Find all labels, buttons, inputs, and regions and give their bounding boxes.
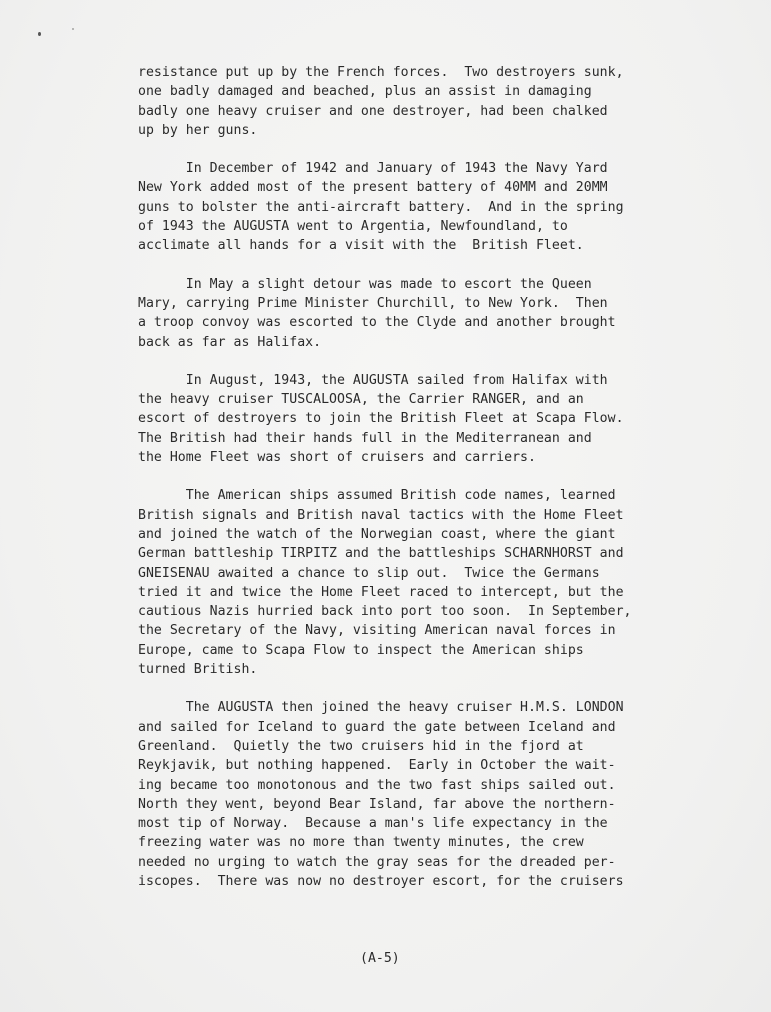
paper-speck <box>38 32 41 36</box>
text-line: up by her guns. <box>138 121 638 140</box>
text-line: Greenland. Quietly the two cruisers hid … <box>138 737 638 756</box>
paragraph-may-detour: In May a slight detour was made to escor… <box>138 275 638 352</box>
text-line: North they went, beyond Bear Island, far… <box>138 795 638 814</box>
paragraph-august-1943: In August, 1943, the AUGUSTA sailed from… <box>138 371 638 467</box>
text-line: In May a slight detour was made to escor… <box>138 275 638 294</box>
text-line: freezing water was no more than twenty m… <box>138 833 638 852</box>
text-line: ing became too monotonous and the two fa… <box>138 776 638 795</box>
text-line: the Home Fleet was short of cruisers and… <box>138 448 638 467</box>
text-line: turned British. <box>138 660 638 679</box>
text-line: In August, 1943, the AUGUSTA sailed from… <box>138 371 638 390</box>
text-line: the Secretary of the Navy, visiting Amer… <box>138 621 638 640</box>
body-text: resistance put up by the French forces. … <box>138 63 638 910</box>
text-line: tried it and twice the Home Fleet raced … <box>138 583 638 602</box>
text-line: back as far as Halifax. <box>138 333 638 352</box>
text-line: cautious Nazis hurried back into port to… <box>138 602 638 621</box>
page-number: (A-5) <box>360 950 400 968</box>
text-line: Europe, came to Scapa Flow to inspect th… <box>138 641 638 660</box>
text-line: guns to bolster the anti-aircraft batter… <box>138 198 638 217</box>
text-line: British signals and British naval tactic… <box>138 506 638 525</box>
paragraph-december-1942: In December of 1942 and January of 1943 … <box>138 159 638 255</box>
text-line: and joined the watch of the Norwegian co… <box>138 525 638 544</box>
text-line: New York added most of the present batte… <box>138 178 638 197</box>
text-line: German battleship TIRPITZ and the battle… <box>138 544 638 563</box>
text-line: escort of destroyers to join the British… <box>138 409 638 428</box>
text-line: acclimate all hands for a visit with the… <box>138 236 638 255</box>
text-line: badly one heavy cruiser and one destroye… <box>138 102 638 121</box>
text-line: needed no urging to watch the gray seas … <box>138 853 638 872</box>
paragraph-american-ships: The American ships assumed British code … <box>138 486 638 679</box>
text-line: The British had their hands full in the … <box>138 429 638 448</box>
text-line: a troop convoy was escorted to the Clyde… <box>138 313 638 332</box>
document-page: resistance put up by the French forces. … <box>0 0 771 1012</box>
paper-speck <box>72 28 74 30</box>
text-line: Reykjavik, but nothing happened. Early i… <box>138 756 638 775</box>
text-line: and sailed for Iceland to guard the gate… <box>138 718 638 737</box>
text-line: GNEISENAU awaited a chance to slip out. … <box>138 564 638 583</box>
text-line: one badly damaged and beached, plus an a… <box>138 82 638 101</box>
text-line: of 1943 the AUGUSTA went to Argentia, Ne… <box>138 217 638 236</box>
text-line: Mary, carrying Prime Minister Churchill,… <box>138 294 638 313</box>
paragraph-french-forces: resistance put up by the French forces. … <box>138 63 638 140</box>
text-line: resistance put up by the French forces. … <box>138 63 638 82</box>
text-line: The American ships assumed British code … <box>138 486 638 505</box>
text-line: the heavy cruiser TUSCALOOSA, the Carrie… <box>138 390 638 409</box>
paragraph-hms-london: The AUGUSTA then joined the heavy cruise… <box>138 698 638 891</box>
text-line: most tip of Norway. Because a man's life… <box>138 814 638 833</box>
text-line: iscopes. There was now no destroyer esco… <box>138 872 638 891</box>
text-line: The AUGUSTA then joined the heavy cruise… <box>138 698 638 717</box>
text-line: In December of 1942 and January of 1943 … <box>138 159 638 178</box>
